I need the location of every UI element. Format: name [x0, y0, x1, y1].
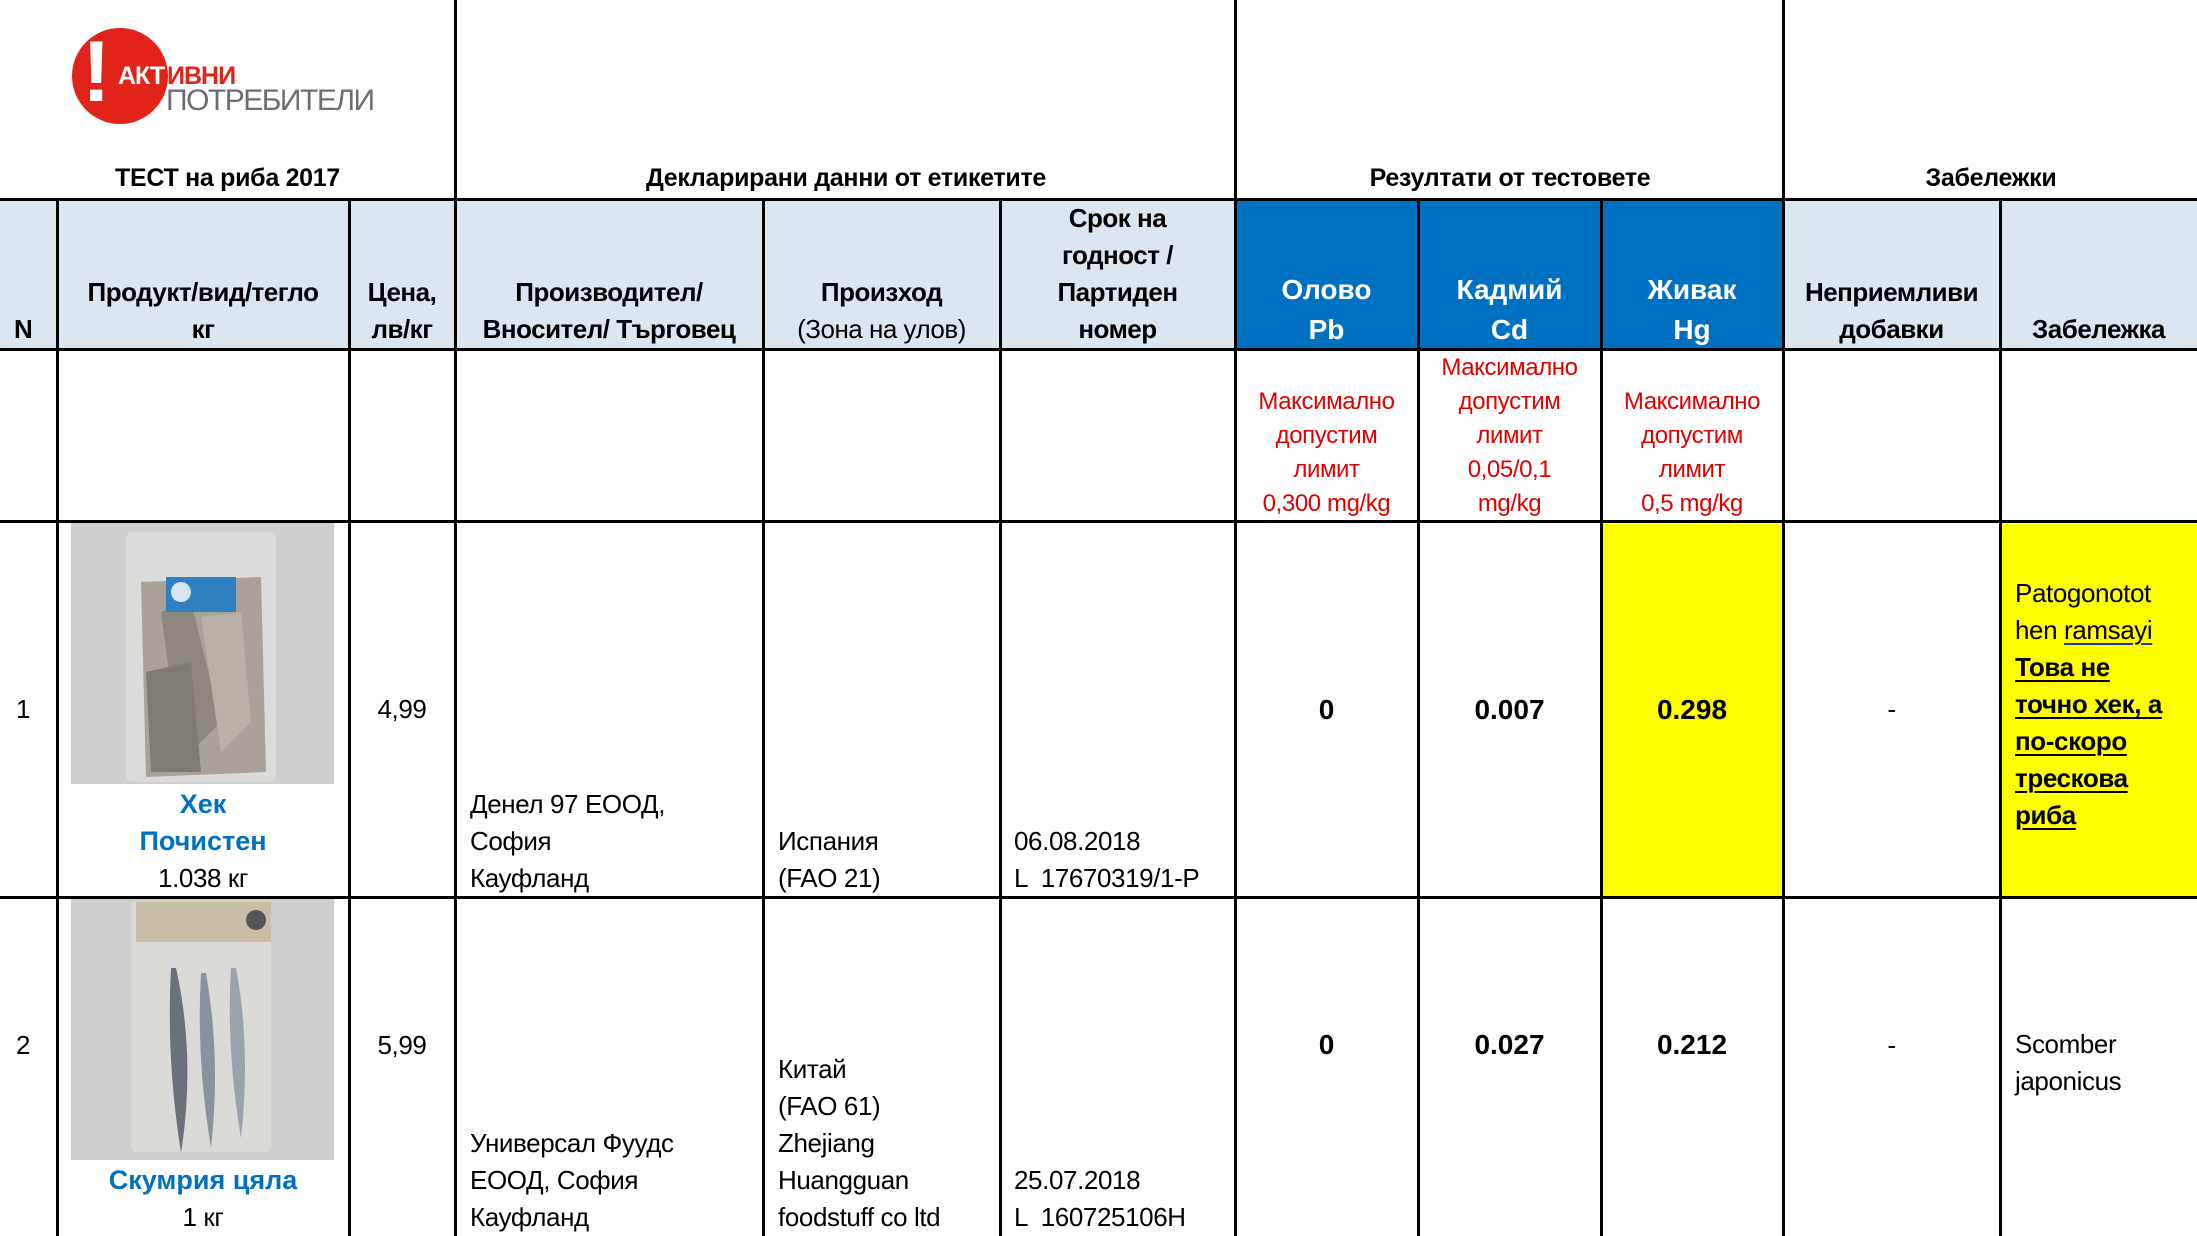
test-title-text: ТЕСТ на риба 2017 — [115, 164, 340, 193]
row1-pb: 0 — [1235, 522, 1418, 897]
col-header-product: Продукт/вид/теглокг — [57, 200, 349, 350]
row1-product-cell: Хек Почистен 1.038 кг — [57, 784, 349, 897]
divider — [1234, 0, 1237, 200]
row2-expiry: 25.07.2018L 160725106H — [1000, 899, 1235, 1236]
section-test-title: ТЕСТ на риба 2017 — [0, 0, 455, 197]
divider — [1417, 200, 1420, 1236]
row1-weight: 1.038 кг — [158, 860, 248, 897]
limit-cd: Максималнодопустимлимит0,05/0,1mg/kg — [1418, 350, 1601, 522]
row1-product-name-2: Почистен — [139, 823, 266, 860]
row1-hg: 0.298 — [1601, 522, 1783, 897]
divider — [0, 198, 2197, 201]
row1-n: 1 — [0, 522, 57, 897]
row2-n: 2 — [0, 899, 57, 1236]
col-header-producer: Производител/Вносител/ Търговец — [455, 200, 763, 350]
section-remarks: Забележки — [1785, 0, 2197, 197]
divider — [1782, 0, 1785, 200]
divider — [0, 896, 2197, 899]
row1-additives: - — [1783, 522, 2000, 897]
declared-title-text: Декларирани данни от етикетите — [646, 164, 1046, 193]
row2-hg: 0.212 — [1601, 899, 1783, 1236]
col-header-origin: Произход(Зона на улов) — [763, 200, 1000, 350]
row1-note-species-1: Patogonotot — [2015, 575, 2197, 612]
row1-cd: 0.007 — [1418, 522, 1601, 897]
divider — [56, 200, 59, 1236]
col-header-expiry: Срок нагодност /Партиденномер — [1000, 200, 1235, 350]
divider — [1234, 200, 1237, 1236]
row2-origin: Китай(FAO 61)ZhejiangHuangguanfoodstuff … — [763, 899, 1000, 1236]
row2-additives: - — [1783, 899, 2000, 1236]
row2-product-cell: Скумрия цяла 1 кг — [57, 1160, 349, 1236]
col-header-cd: КадмийCd — [1418, 200, 1601, 350]
divider — [454, 0, 457, 200]
row2-product-name: Скумрия цяла — [109, 1162, 298, 1199]
row2-producer: Универсал ФуудсЕООД, СофияКауфланд — [455, 899, 763, 1236]
section-declared: Декларирани данни от етикетите — [457, 0, 1235, 197]
divider — [348, 200, 351, 1236]
row2-note: Scomber japonicus — [2000, 899, 2197, 1236]
row1-price: 4,99 — [349, 522, 455, 897]
col-header-note: Забележка — [2000, 200, 2197, 350]
remarks-title-text: Забележки — [1926, 164, 2057, 193]
col-header-n: N — [0, 200, 57, 350]
results-title-text: Резултати от тестовете — [1370, 164, 1651, 193]
row2-price: 5,99 — [349, 899, 455, 1236]
row1-note-link-ramsayi[interactable]: ramsayi — [2064, 615, 2152, 645]
section-results: Резултати от тестовете — [1237, 0, 1783, 197]
row2-cd: 0.027 — [1418, 899, 1601, 1236]
hake-bag-image-icon — [71, 522, 334, 784]
row2-pb: 0 — [1235, 899, 1418, 1236]
row1-note: Patogonotot hen ramsayi Това не точно хе… — [2000, 522, 2197, 897]
divider — [0, 348, 2197, 351]
divider — [762, 200, 765, 1236]
divider — [1782, 200, 1785, 1236]
divider — [454, 200, 457, 1236]
col-header-additives: Неприемливидобавки — [1783, 200, 2000, 350]
row2-product-photo — [71, 898, 334, 1160]
row2-weight: 1 кг — [183, 1199, 224, 1236]
limit-hg: Максималнодопустимлимит0,5 mg/kg — [1601, 350, 1783, 522]
divider — [1999, 200, 2002, 1236]
row1-producer: Денел 97 ЕООД,СофияКауфланд — [455, 522, 763, 897]
row1-note-species-2: hen ramsayi — [2015, 612, 2197, 649]
row1-product-photo — [71, 522, 334, 784]
mackerel-bag-image-icon — [71, 898, 334, 1160]
row1-origin: Испания(FAO 21) — [763, 522, 1000, 897]
col-header-price: Цена,лв/кг — [349, 200, 455, 350]
divider — [1600, 200, 1603, 1236]
col-header-hg: ЖивакHg — [1601, 200, 1783, 350]
row1-expiry: 06.08.2018L 17670319/1-P — [1000, 522, 1235, 897]
limit-pb: Максималнодопустимлимит0,300 mg/kg — [1235, 350, 1418, 522]
col-header-pb: ОловоPb — [1235, 200, 1418, 350]
divider — [0, 520, 2197, 523]
divider — [999, 200, 1002, 1236]
row1-product-name-1: Хек — [180, 786, 227, 823]
